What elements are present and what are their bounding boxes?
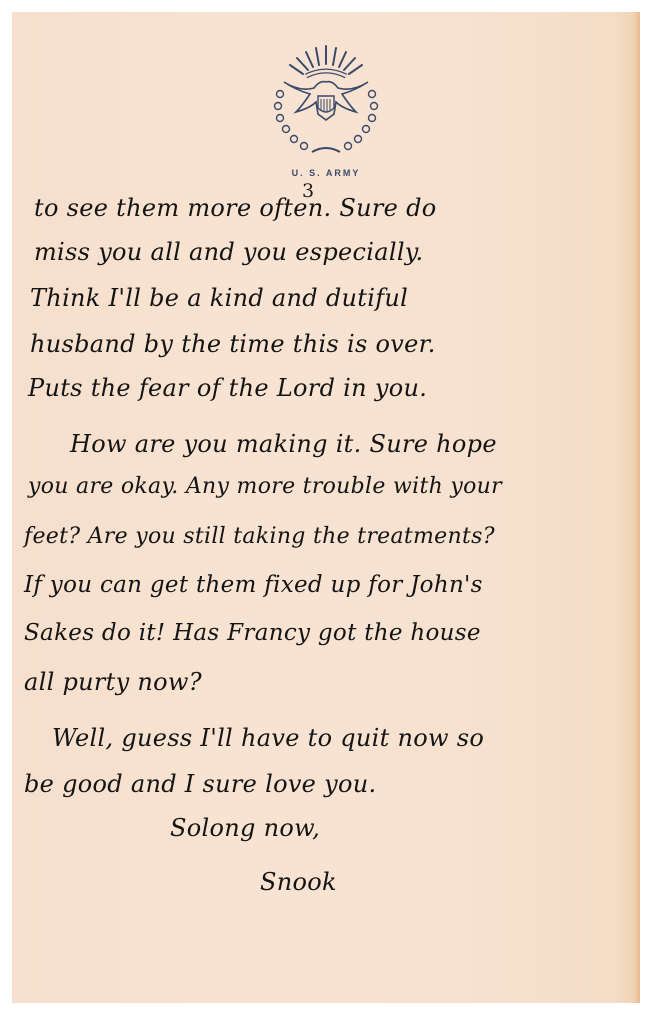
- us-army-label: U. S. ARMY: [12, 168, 640, 178]
- letter-line: Well, guess I'll have to quit now so: [52, 724, 484, 752]
- letter-line: Sakes do it! Has Francy got the house: [24, 620, 481, 646]
- letterhead: U. S. ARMY: [12, 42, 640, 178]
- letter-paper: U. S. ARMY 3 to see them more often. Sur…: [12, 12, 640, 1003]
- letter-line: Think I'll be a kind and dutiful: [30, 284, 408, 312]
- letter-line: Puts the fear of the Lord in you.: [28, 374, 427, 402]
- signature: Snook: [260, 868, 337, 896]
- letter-line: feet? Are you still taking the treatment…: [24, 524, 495, 549]
- letter-line: be good and I sure love you.: [24, 770, 376, 798]
- us-army-eagle-seal-icon: [266, 42, 386, 162]
- letter-line: all purty now?: [24, 668, 202, 696]
- letter-line: husband by the time this is over.: [30, 330, 436, 358]
- letter-line: How are you making it. Sure hope: [70, 430, 497, 458]
- letter-line: miss you all and you especially.: [34, 238, 423, 266]
- closing: Solong now,: [170, 814, 320, 842]
- letter-line: to see them more often. Sure do: [34, 194, 437, 222]
- letter-line: you are okay. Any more trouble with your: [28, 474, 502, 499]
- letter-line: If you can get them fixed up for John's: [24, 572, 483, 598]
